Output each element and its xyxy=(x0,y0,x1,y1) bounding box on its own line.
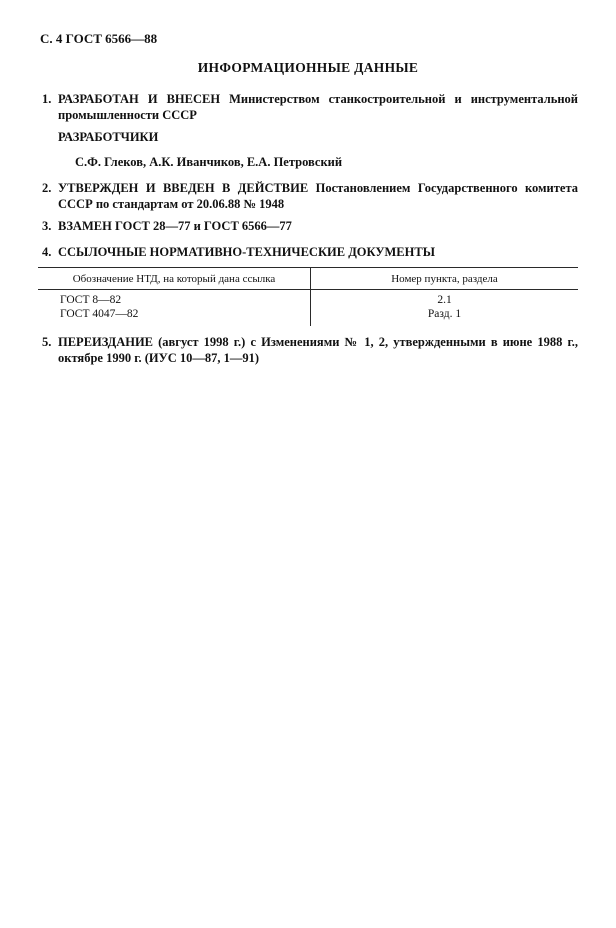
item-number: 2. xyxy=(42,181,58,212)
table-column-ntd: ГОСТ 8—82 ГОСТ 4047—82 xyxy=(38,290,310,326)
developers-names: С.Ф. Глеков, А.К. Иванчиков, Е.А. Петров… xyxy=(75,155,342,170)
table-header-section: Номер пункта, раздела xyxy=(310,268,578,289)
table-cell: Разд. 1 xyxy=(311,307,578,321)
table-header-row: Обозначение НТД, на который дана ссылка … xyxy=(38,268,578,290)
item-text: ВЗАМЕН ГОСТ 28—77 и ГОСТ 6566—77 xyxy=(58,219,578,235)
table-cell: 2.1 xyxy=(311,293,578,307)
item-text: УТВЕРЖДЕН И ВВЕДЕН В ДЕЙСТВИЕ Постановле… xyxy=(58,181,578,212)
list-item-2: 2. УТВЕРЖДЕН И ВВЕДЕН В ДЕЙСТВИЕ Постано… xyxy=(42,181,578,212)
table-column-section: 2.1 Разд. 1 xyxy=(310,290,578,326)
document-page: С. 4 ГОСТ 6566—88 ИНФОРМАЦИОННЫЕ ДАННЫЕ … xyxy=(0,0,616,928)
list-item-5: 5. ПЕРЕИЗДАНИЕ (август 1998 г.) с Измене… xyxy=(42,335,578,366)
table-cell: ГОСТ 4047—82 xyxy=(60,307,310,321)
page-header: С. 4 ГОСТ 6566—88 xyxy=(40,31,157,47)
table-header-ntd: Обозначение НТД, на который дана ссылка xyxy=(38,268,310,289)
list-item-3: 3. ВЗАМЕН ГОСТ 28—77 и ГОСТ 6566—77 xyxy=(42,219,578,235)
list-item-4: 4. ССЫЛОЧНЫЕ НОРМАТИВНО-ТЕХНИЧЕСКИЕ ДОКУ… xyxy=(42,245,578,261)
references-table: Обозначение НТД, на который дана ссылка … xyxy=(38,267,578,326)
page-title: ИНФОРМАЦИОННЫЕ ДАННЫЕ xyxy=(0,60,616,76)
table-cell: ГОСТ 8—82 xyxy=(60,293,310,307)
table-body: ГОСТ 8—82 ГОСТ 4047—82 2.1 Разд. 1 xyxy=(38,290,578,326)
item-number: 4. xyxy=(42,245,58,261)
item-number: 3. xyxy=(42,219,58,235)
developers-heading: РАЗРАБОТЧИКИ xyxy=(58,130,158,145)
item-text: ПЕРЕИЗДАНИЕ (август 1998 г.) с Изменения… xyxy=(58,335,578,366)
list-item-1: 1. РАЗРАБОТАН И ВНЕСЕН Министерством ста… xyxy=(42,92,578,123)
item-number: 1. xyxy=(42,92,58,123)
item-text: ССЫЛОЧНЫЕ НОРМАТИВНО-ТЕХНИЧЕСКИЕ ДОКУМЕН… xyxy=(58,245,578,261)
item-text: РАЗРАБОТАН И ВНЕСЕН Министерством станко… xyxy=(58,92,578,123)
item-number: 5. xyxy=(42,335,58,366)
